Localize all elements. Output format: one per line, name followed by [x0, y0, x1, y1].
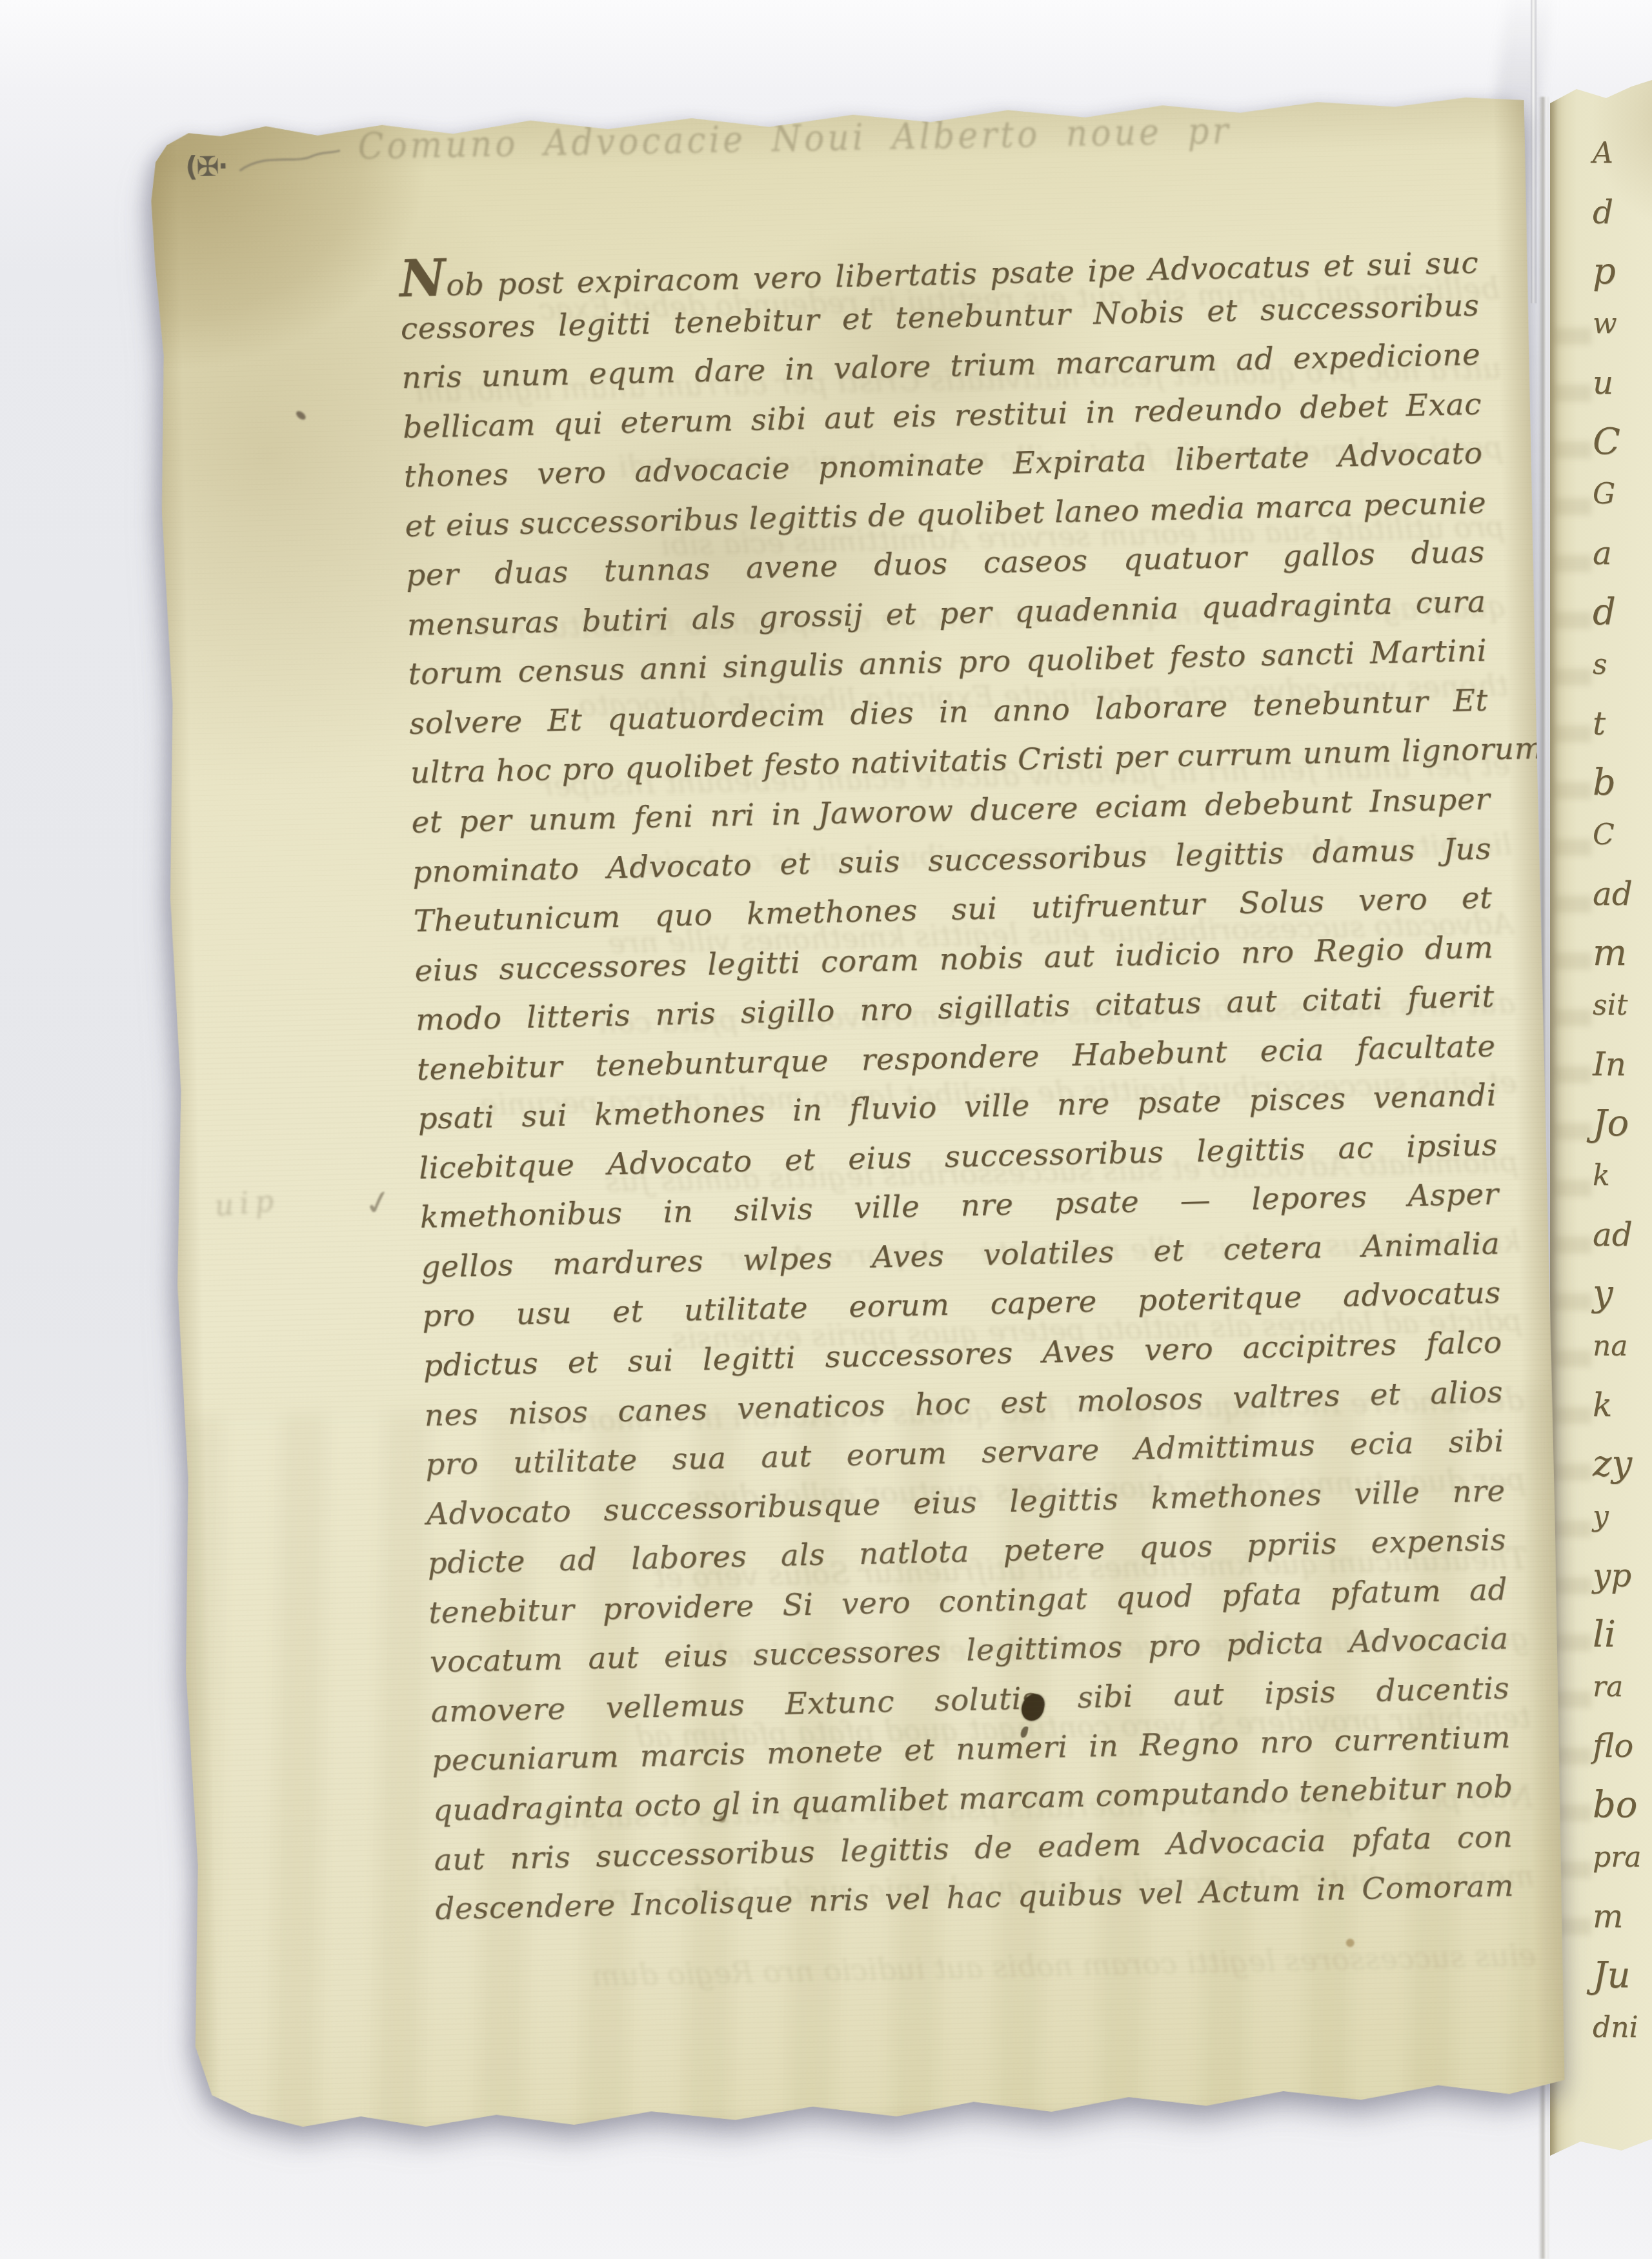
next-folio-fragment: C — [1593, 421, 1620, 463]
next-folio-fragment: s — [1593, 648, 1607, 681]
manuscript-page-wrap: bellicam qui eterum sibi aut eis restitu… — [150, 94, 1568, 2160]
next-folio-fragment: In — [1593, 1046, 1626, 1083]
next-folio-fragment: p — [1593, 250, 1616, 292]
next-folio-fragment: dni — [1593, 2011, 1638, 2044]
next-folio-fragment: yp — [1593, 1557, 1631, 1594]
manuscript-text-block: Nob post expiracom vero libertatis psate… — [399, 232, 1514, 1934]
next-folio-fragment: bo — [1593, 1784, 1638, 1826]
next-folio-fragment: d — [1593, 194, 1613, 231]
next-folio-fragment: li — [1593, 1614, 1616, 1656]
corner-scribble-stroke — [236, 144, 346, 181]
next-folio-fragment: G — [1593, 478, 1615, 511]
next-folio-fragment: ra — [1593, 1670, 1623, 1703]
next-folio-fragment: zy — [1593, 1443, 1632, 1485]
next-folio-edge: AdpwuCGadstbCadmsitInJokadynakzyyypliraf… — [1550, 76, 1652, 2167]
book-support-edge — [1531, 0, 1536, 303]
faded-margin-note: uip — [213, 1182, 281, 1223]
next-folio-fragment: ad — [1593, 1216, 1633, 1253]
next-folio-fragment: C — [1593, 818, 1615, 851]
next-folio-fragment: t — [1593, 705, 1606, 742]
next-folio-fragment: Ju — [1593, 1954, 1631, 1996]
corner-foliation-mark: (✠· — [185, 150, 227, 183]
next-folio-fragment: y — [1593, 1273, 1613, 1315]
next-folio-fragment: d — [1593, 591, 1616, 633]
next-folio-fragment: m — [1593, 1898, 1623, 1935]
next-folio-fragment: A — [1593, 137, 1613, 170]
next-folio-fragment: sit — [1593, 989, 1627, 1022]
next-folio-fragment: w — [1593, 307, 1617, 340]
manuscript-page: bellicam qui eterum sibi aut eis restitu… — [150, 94, 1568, 2160]
next-folio-fragment: pra — [1593, 1841, 1641, 1874]
next-folio-fragment: u — [1593, 364, 1613, 401]
next-folio-fragment: a — [1593, 534, 1612, 572]
scanned-manuscript-photo: { "document": { "offset_header": "Comuno… — [0, 0, 1652, 2259]
next-folio-fragment: na — [1593, 1330, 1628, 1362]
next-folio-fragment: m — [1593, 932, 1627, 974]
next-folio-fragment: y — [1593, 1500, 1609, 1533]
next-folio-fragment: flo — [1593, 1727, 1633, 1765]
next-folio-fragment: Jo — [1593, 1102, 1629, 1144]
next-folio-fragment: k — [1593, 1159, 1610, 1192]
next-folio-fragment: b — [1593, 762, 1616, 804]
next-folio-fragment: k — [1593, 1386, 1612, 1424]
next-folio-fragment: ad — [1593, 875, 1633, 913]
